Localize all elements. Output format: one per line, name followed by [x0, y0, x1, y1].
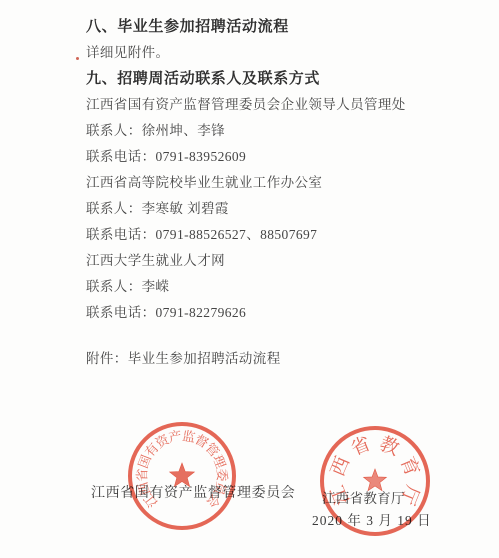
org-2-phone: 联系电话：0791-88526527、88507697	[86, 226, 317, 244]
org-1-contact: 联系人：徐州坤、李锋	[86, 122, 225, 140]
document-page: 八、毕业生参加招聘活动流程 详细见附件。 九、招聘周活动联系人及联系方式 江西省…	[0, 0, 499, 558]
org-3-name: 江西大学生就业人才网	[86, 252, 225, 270]
section-9-heading: 九、招聘周活动联系人及联系方式	[86, 70, 320, 88]
svg-text:委: 委	[214, 468, 229, 481]
svg-text:省: 省	[134, 468, 149, 481]
svg-text:西: 西	[327, 453, 355, 479]
org-3-phone: 联系电话：0791-82279626	[86, 304, 246, 322]
left-signer-name: 江西省国有资产监督管理委员会	[91, 482, 295, 502]
org-1-phone: 联系电话：0791-83952609	[86, 148, 246, 166]
svg-text:有: 有	[142, 440, 162, 460]
svg-text:资: 资	[153, 431, 173, 451]
svg-text:教: 教	[376, 433, 402, 461]
svg-text:省: 省	[348, 433, 374, 461]
section-8-heading: 八、毕业生参加招聘活动流程	[86, 18, 289, 36]
signature-date: 2020 年 3 月 19 日	[312, 509, 432, 529]
svg-text:监: 监	[181, 428, 196, 445]
svg-text:管: 管	[202, 440, 222, 460]
org-3-contact: 联系人：李嵘	[86, 278, 169, 296]
svg-text:督: 督	[192, 431, 211, 450]
svg-text:理: 理	[210, 453, 229, 471]
red-speck-artifact	[76, 57, 79, 60]
section-8-body: 详细见附件。	[86, 44, 169, 62]
org-2-name: 江西省高等院校毕业生就业工作办公室	[86, 174, 322, 192]
svg-text:国: 国	[135, 453, 154, 471]
left-official-seal: 江西省国有资产监督管理委员会	[122, 416, 242, 536]
svg-text:育: 育	[396, 453, 424, 479]
org-2-contact: 联系人：李寒敏 刘碧霞	[86, 200, 229, 218]
right-signer-name: 江西省教育厅	[322, 487, 405, 507]
attachment-line: 附件：毕业生参加招聘活动流程	[86, 350, 281, 368]
svg-text:产: 产	[167, 428, 182, 445]
org-1-name: 江西省国有资产监督管理委员会企业领导人员管理处	[86, 96, 406, 114]
